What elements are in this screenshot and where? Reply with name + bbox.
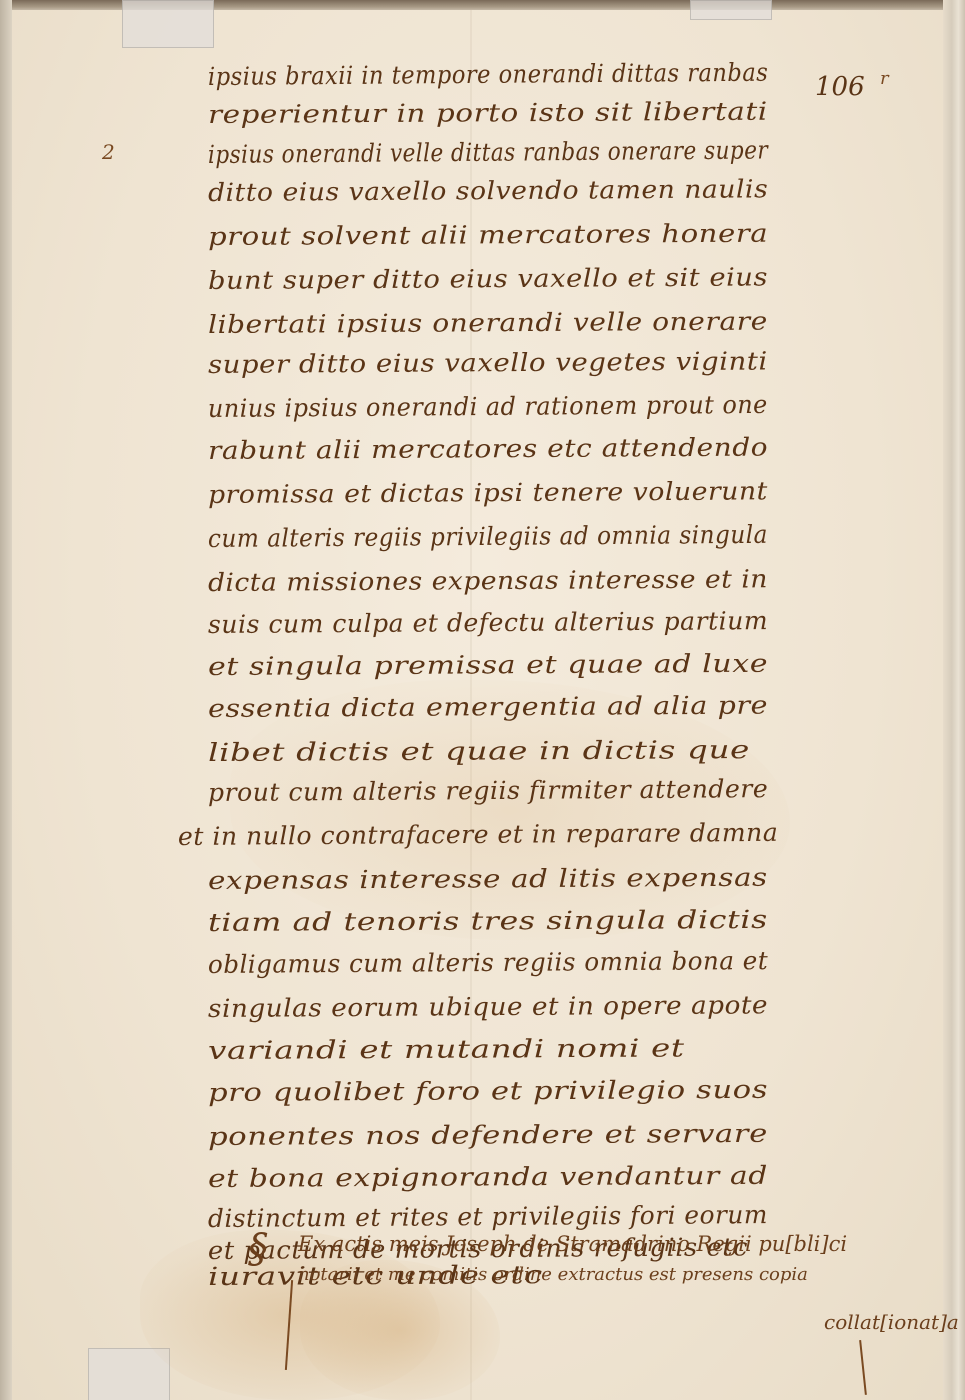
manuscript-line: rabunt alii mercatores etc attendendo — [208, 433, 768, 465]
manuscript-line: prout cum alteris regiis firmiter attend… — [208, 774, 768, 807]
manuscript-line: libet dictis et quae in dictis que — [208, 735, 750, 767]
manuscript-line: ipsius onerandi velle dittas ranbas oner… — [208, 135, 768, 169]
manuscript-line: singulas eorum ubique et in opere apote — [208, 990, 768, 1023]
conservation-tape-top-right — [690, 0, 772, 20]
manuscript-line: et in nullo contrafacere et in reparare … — [178, 818, 778, 851]
manuscript-line: promissa et dictas ipsi tenere voluerunt — [208, 476, 768, 509]
manuscript-line: pro quolibet foro et privilegio suos — [208, 1075, 768, 1107]
manuscript-line: unius ipsius onerandi ad rationem prout … — [208, 390, 768, 423]
manuscript-line: ditto eius vaxello solvendo tamen naulis — [208, 174, 768, 207]
manuscript-line: variandi et mutandi nomi et — [208, 1033, 685, 1065]
manuscript-line: reperientur in porto isto sit libertati — [208, 97, 768, 129]
manuscript-line: distinctum et rites et privilegiis fori … — [208, 1200, 768, 1233]
manuscript-line: bunt super ditto eius vaxello et sit eiu… — [208, 262, 768, 295]
subscription-line-2: notarii et me comitis ordine extractus e… — [298, 1264, 808, 1285]
manuscript-line: suis cum culpa et defectu alterius parti… — [208, 606, 768, 639]
manuscript-line: ipsius braxii in tempore onerandi dittas… — [208, 58, 768, 91]
manuscript-line: super ditto eius vaxello vegetes viginti — [208, 346, 768, 379]
folio-mark: r — [880, 68, 889, 89]
manuscript-line: cum alteris regiis privilegiis ad omnia … — [208, 520, 768, 553]
manuscript-line: et bona expignoranda vendantur ad — [208, 1161, 768, 1193]
collation-signature: collat[ionat]a — [824, 1310, 959, 1334]
manuscript-line: et singula premissa et quae ad luxe — [208, 649, 768, 681]
notary-flourish-icon: § — [248, 1226, 268, 1272]
manuscript-line: libertati ipsius onerandi velle onerare — [208, 307, 768, 339]
manuscript-line: essentia dicta emergentia ad alia pre — [208, 691, 768, 723]
page-edge-right — [943, 0, 965, 1400]
manuscript-line: dicta missiones expensas interesse et in — [208, 564, 768, 597]
page-edge-left — [0, 0, 12, 1400]
subscription-line-1: Ex actis meis Joseph de Stramadrino Regi… — [298, 1232, 847, 1256]
margin-mark: 2 — [102, 140, 115, 164]
manuscript-line: expensas interesse ad litis expensas — [208, 863, 768, 895]
conservation-tape-top — [122, 0, 214, 48]
manuscript-line: ponentes nos defendere et servare — [208, 1119, 768, 1151]
manuscript-line: obligamus cum alteris regiis omnia bona … — [208, 946, 768, 979]
manuscript-line: tiam ad tenoris tres singula dictis — [208, 905, 768, 937]
folio-number: 106 — [815, 72, 865, 102]
manuscript-line: prout solvent alii mercatores honera — [208, 219, 768, 251]
